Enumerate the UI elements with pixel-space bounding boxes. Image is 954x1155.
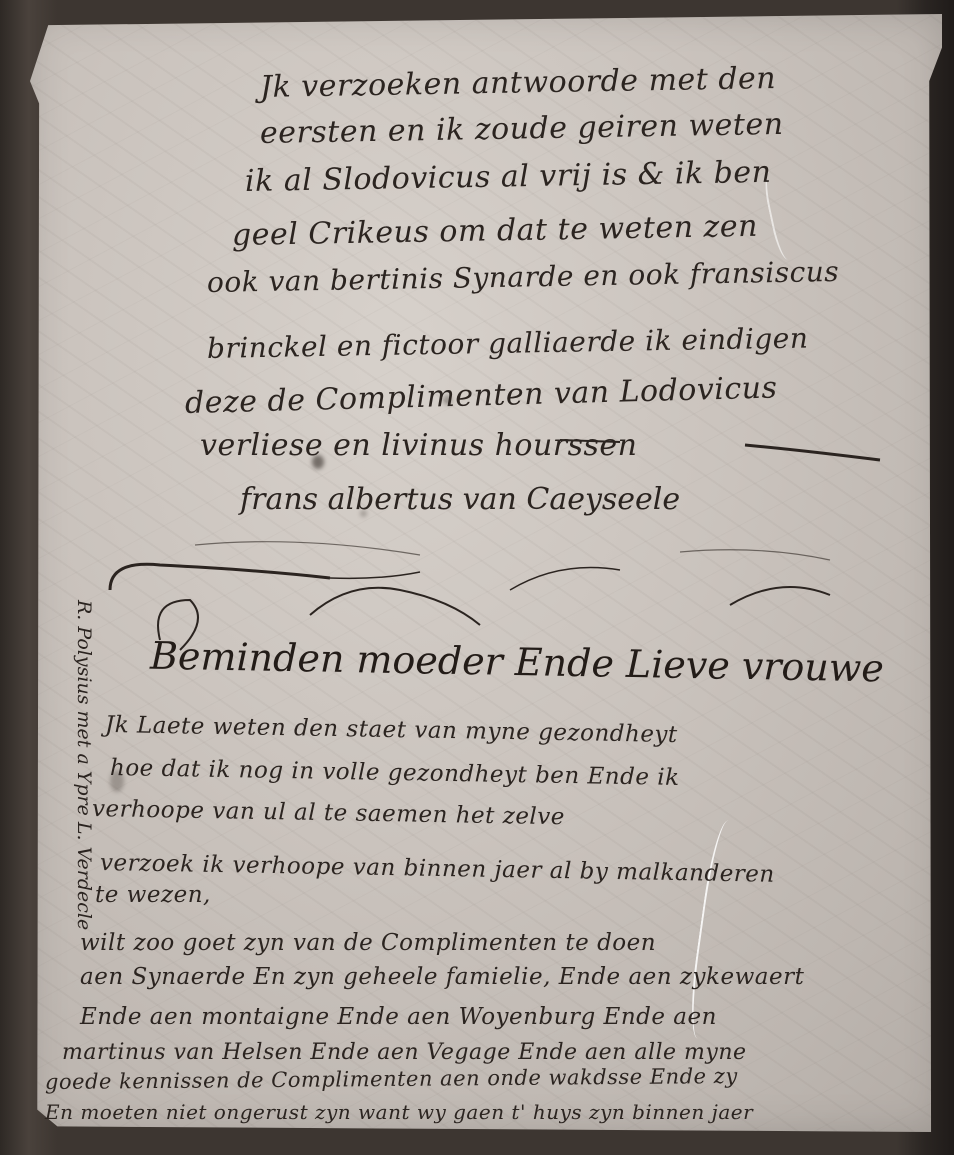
text-line: verliese en livinus hourssen [200,428,638,463]
text-line: martinus van Helsen Ende aen Vegage Ende… [62,1040,747,1065]
signature: frans albertus van Caeyseele [240,482,680,517]
text-line: wilt zoo goet zyn van de Complimenten te… [80,930,656,956]
text-line: aen Synaerde En zyn geheele famielie, En… [80,964,804,990]
text-line: En moeten niet ongerust zyn want wy gaen… [45,1100,753,1124]
margin-note-vertical: R. Polysius met a Ypre L. Verdecle [73,600,95,930]
text-line: Ende aen montaigne Ende aen Woyenburg En… [80,1004,717,1030]
text-line: te wezen, [95,882,211,908]
